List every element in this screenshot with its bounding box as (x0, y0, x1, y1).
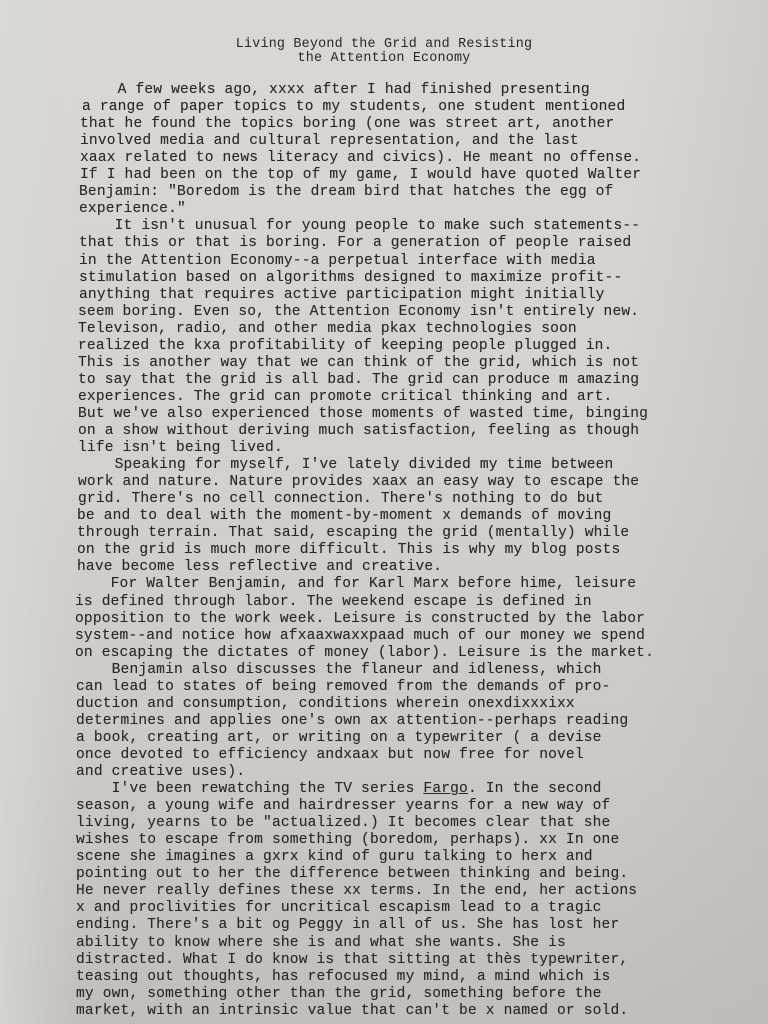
typed-line: stimulation based on algorithms designed… (79, 270, 622, 286)
typed-line: be and to deal with the moment-by-moment… (77, 508, 611, 524)
typed-line-text: But we've also experienced those moments… (78, 406, 648, 422)
page-title-line-2: the Attention Economy (0, 52, 768, 65)
typed-line: is defined through labor. The weekend es… (75, 594, 592, 610)
typed-line-text: involved media and cultural representati… (80, 133, 579, 149)
typed-line-text: season, a young wife and hairdresser yea… (76, 798, 610, 814)
typed-line-text: a book, creating art, or writing on a ty… (76, 730, 602, 746)
typed-line-text: He never really defines these xx terms. … (76, 883, 637, 899)
typed-line: teasing out thoughts, has refocused my m… (76, 969, 610, 985)
typed-line: on escaping the dictates of money (labor… (75, 645, 654, 661)
typed-line: Benjamin: "Boredom is the dream bird tha… (79, 184, 613, 200)
typed-line: Benjamin also discusses the flaneur and … (76, 662, 602, 678)
typed-line: wishes to escape from something (boredom… (76, 832, 619, 848)
typed-line-text: on the grid is much more difficult. This… (77, 542, 620, 558)
typed-line: my own, something other than the grid, s… (76, 986, 602, 1002)
typed-line-text: This is another way that we can think of… (78, 355, 639, 371)
typed-line: to say that the grid is all bad. The gri… (78, 372, 639, 388)
typed-line: I've been rewatching the TV series Fargo… (76, 781, 602, 797)
typed-line-text: on escaping the dictates of money (labor… (75, 645, 654, 661)
typed-line-text: can lead to states of being removed from… (76, 679, 610, 695)
underlined-title: Fargo (423, 781, 468, 797)
typed-line-text: a range of paper topics to my students, … (82, 99, 625, 115)
typed-line-text: is defined through labor. The weekend es… (75, 594, 592, 610)
typed-line-text: system--and notice how afxaaxwaxxpaad mu… (75, 628, 645, 644)
typed-line: living, yearns to be "actualized.) It be… (76, 815, 610, 831)
typed-line-text: seem boring. Even so, the Attention Econ… (78, 304, 639, 320)
typed-line: pointing out to her the difference betwe… (76, 866, 628, 882)
typed-line-text: If I had been on the top of my game, I w… (80, 167, 641, 183)
typed-line-text: market, with an intrinsic value that can… (76, 1003, 628, 1019)
typed-line: duction and consumption, conditions wher… (76, 696, 575, 712)
typed-line-text: living, yearns to be "actualized.) It be… (76, 815, 610, 831)
typed-line-text: through terrain. That said, escaping the… (77, 525, 629, 541)
typed-line-text: realized the kxa profitability of keepin… (78, 338, 612, 354)
typed-line-text: work and nature. Nature provides xaax an… (78, 474, 639, 490)
typed-line-text: Benjamin also discusses the flaneur and … (76, 662, 602, 678)
typed-line: determines and applies one's own ax atte… (76, 713, 628, 729)
typed-line-text: and creative uses). (76, 764, 245, 780)
typed-line: have become less reflective and creative… (77, 559, 442, 575)
typed-line: through terrain. That said, escaping the… (77, 525, 629, 541)
typed-line-text: my own, something other than the grid, s… (76, 986, 602, 1002)
typed-line: realized the kxa profitability of keepin… (78, 338, 612, 354)
typed-line-text: Televison, radio, and other media pkax t… (78, 321, 577, 337)
typed-line: scene she imagines a gxrx kind of guru t… (76, 849, 593, 865)
typed-line-text: It isn't unusual for young people to mak… (79, 218, 640, 234)
typed-line: on the grid is much more difficult. This… (77, 542, 620, 558)
typed-line: life isn't being lived. (78, 440, 283, 456)
typed-line: involved media and cultural representati… (80, 133, 579, 149)
typed-line-text: xaax related to news literacy and civics… (80, 150, 641, 166)
typed-line: and creative uses). (76, 764, 245, 780)
typed-line: a range of paper topics to my students, … (82, 99, 625, 115)
typed-line-text: experiences. The grid can promote critic… (78, 389, 612, 405)
typed-line: experiences. The grid can promote critic… (78, 389, 612, 405)
typed-line-text: on a show without deriving much satisfac… (78, 423, 639, 439)
typed-line-text: opposition to the work week. Leisure is … (75, 611, 645, 627)
typed-line-text: in the Attention Economy--a perpetual in… (79, 253, 596, 269)
typed-line: distracted. What I do know is that sitti… (76, 952, 628, 968)
typed-line: It isn't unusual for young people to mak… (79, 218, 640, 234)
typed-line: But we've also experienced those moments… (78, 406, 648, 422)
page-title-line-1: Living Beyond the Grid and Resisting (0, 38, 768, 51)
typed-line-text: x and proclivities for uncritical escapi… (76, 900, 602, 916)
typed-line: work and nature. Nature provides xaax an… (78, 474, 639, 490)
typed-line-text: Speaking for myself, I've lately divided… (79, 457, 613, 473)
typed-line-text: Benjamin: "Boredom is the dream bird tha… (79, 184, 613, 200)
typed-line: xaax related to news literacy and civics… (80, 150, 641, 166)
typed-line-text: distracted. What I do know is that sitti… (76, 952, 628, 968)
typed-line-text: wishes to escape from something (boredom… (76, 832, 619, 848)
typed-line: x and proclivities for uncritical escapi… (76, 900, 602, 916)
typed-line: Televison, radio, and other media pkax t… (78, 321, 577, 337)
typed-line-text: be and to deal with the moment-by-moment… (77, 508, 611, 524)
typed-line-text: A few weeks ago, xxxx after I had finish… (82, 82, 590, 98)
typed-line: can lead to states of being removed from… (76, 679, 610, 695)
typed-line-text: For Walter Benjamin, and for Karl Marx b… (75, 576, 636, 592)
typed-line-text: grid. There's no cell connection. There'… (78, 491, 604, 507)
typed-line-text: scene she imagines a gxrx kind of guru t… (76, 849, 593, 865)
typed-line: that this or that is boring. For a gener… (79, 235, 631, 251)
typed-line: This is another way that we can think of… (78, 355, 639, 371)
typed-line-text: determines and applies one's own ax atte… (76, 713, 628, 729)
typed-line: that he found the topics boring (one was… (80, 116, 614, 132)
typed-line: on a show without deriving much satisfac… (78, 423, 639, 439)
typed-line-text: ability to know where she is and what sh… (76, 935, 566, 951)
typed-line-text: that he found the topics boring (one was… (80, 116, 614, 132)
typed-line-text: anything that requires active participat… (79, 287, 605, 303)
typed-line-text: . In the second (468, 781, 602, 797)
typed-line-text: ending. There's a bit og Peggy in all of… (76, 917, 619, 933)
typed-line: seem boring. Even so, the Attention Econ… (78, 304, 639, 320)
typed-line-text: once devoted to efficiency andxaax but n… (76, 747, 584, 763)
typed-line: anything that requires active participat… (79, 287, 605, 303)
typed-line-text: stimulation based on algorithms designed… (79, 270, 622, 286)
typed-line-text: pointing out to her the difference betwe… (76, 866, 628, 882)
typed-line: For Walter Benjamin, and for Karl Marx b… (75, 576, 636, 592)
typed-line-text: that this or that is boring. For a gener… (79, 235, 631, 251)
typed-line: If I had been on the top of my game, I w… (80, 167, 641, 183)
typed-line: season, a young wife and hairdresser yea… (76, 798, 610, 814)
typed-line-text: experience." (79, 201, 186, 217)
typed-line: ending. There's a bit og Peggy in all of… (76, 917, 619, 933)
typed-line: market, with an intrinsic value that can… (76, 1003, 628, 1019)
typed-line-text: duction and consumption, conditions wher… (76, 696, 575, 712)
typed-line-text: life isn't being lived. (78, 440, 283, 456)
typed-line: ability to know where she is and what sh… (76, 935, 566, 951)
typed-line: grid. There's no cell connection. There'… (78, 491, 604, 507)
typed-line-text: have become less reflective and creative… (77, 559, 442, 575)
typed-line: Speaking for myself, I've lately divided… (79, 457, 613, 473)
typed-line: experience." (79, 201, 186, 217)
typed-line-text: to say that the grid is all bad. The gri… (78, 372, 639, 388)
typed-line: in the Attention Economy--a perpetual in… (79, 253, 596, 269)
typewritten-page: Living Beyond the Grid and Resisting the… (0, 0, 768, 1024)
typed-line: He never really defines these xx terms. … (76, 883, 637, 899)
typed-line: once devoted to efficiency andxaax but n… (76, 747, 584, 763)
typed-line: A few weeks ago, xxxx after I had finish… (82, 82, 590, 98)
typed-line: a book, creating art, or writing on a ty… (76, 730, 602, 746)
typed-line-text: teasing out thoughts, has refocused my m… (76, 969, 610, 985)
typed-line: opposition to the work week. Leisure is … (75, 611, 645, 627)
typed-line: system--and notice how afxaaxwaxxpaad mu… (75, 628, 645, 644)
typed-line-text: I've been rewatching the TV series (76, 781, 423, 797)
